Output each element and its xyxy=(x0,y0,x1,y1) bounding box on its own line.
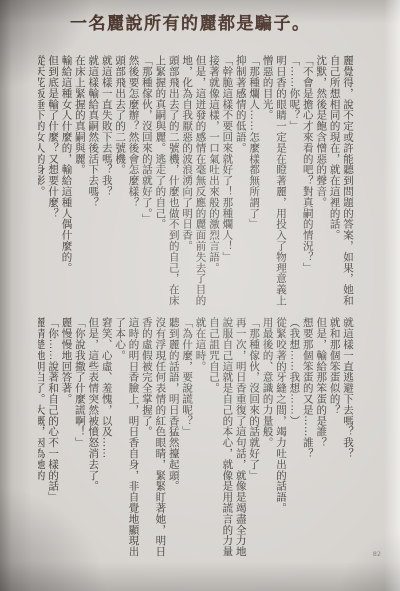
text-column-paragraph: 頭部飛出去了的二號機，什麼也做不到的自己，在床上緊握的真嗣與麗。逃走了的自己。 xyxy=(153,55,180,306)
text-column-paragraph: 輸給這種女人什麼的，輸給這種人偶什麼的。 xyxy=(59,55,72,306)
text-column-paragraph: 這時的明日香臉上，明日香自身，非自覺地顯現出了本心。 xyxy=(113,317,140,560)
text-column-paragraph: 再一次，明日香重復了這句話，就像是竭盡全力地說服自己這就是自己的本心，就像是用謊… xyxy=(207,317,247,560)
text-column-paragraph: 「……你呢？」 xyxy=(287,55,300,306)
text-column-paragraph: 麗慢慢地回答著。 xyxy=(59,317,72,560)
text-column-paragraph: 但是，輸給那笨蛋的是誰？ xyxy=(314,317,327,560)
text-column-paragraph: 從天花板垂下的女人的身影。 xyxy=(38,55,46,306)
top-block: 麗覺得，說不定或許能聽到問題的答案，如果，她和自己所想相同的現在，就在這裡的話。… xyxy=(38,55,354,306)
text-column-paragraph: 麗清楚地明白了。大概，因為她的 xyxy=(38,317,46,560)
text-column-paragraph: 「你說我撒了什麼謊啊！」 xyxy=(72,317,85,560)
text-column-paragraph: 但到底是輸了什麼？又想要什麼？ xyxy=(46,55,59,306)
text-column-paragraph: 「你……說著和自己的心不一樣的話」 xyxy=(46,317,59,560)
text-column-paragraph: 窘笑、心虛、羞愧，以及…… xyxy=(99,317,112,560)
page-number: 82 xyxy=(373,550,381,558)
text-column-paragraph: 在床上緊握的真嗣與麗。 xyxy=(72,55,85,306)
text-column-paragraph: 就在這時。 xyxy=(193,317,206,560)
book-page: 一名麗說所有的麗都是騙子。 麗覺得，說不定或許能聽到問題的答案，如果，她和自己所… xyxy=(0,0,400,591)
text-column-paragraph: 沈默，然後是飽含憎惡的聲音。 xyxy=(314,55,327,306)
text-column-paragraph: 就這樣一直失敗下去嗎？我？ xyxy=(99,55,112,306)
text-column-paragraph: 麗覺得，說不定或許能聽到問題的答案，如果，她和自己所想相同的現在，就在這裡的話。 xyxy=(327,55,354,306)
text-column-paragraph: 想要那個笨蛋的又是……誰？ xyxy=(300,317,313,560)
text-column-paragraph: 接著就像這樣，一口氣吐出來般的激烈言語。 xyxy=(207,55,220,306)
text-column-paragraph: 然後要怎麼辦？然後會怎麼樣？ xyxy=(126,55,139,306)
text-column-paragraph: 「那種爛人……怎麼樣都無所謂了」 xyxy=(247,55,260,306)
text-column-paragraph: 用最後的、意識的力量般。 xyxy=(260,317,273,560)
text-column-paragraph: 沒有浮現任何表情的紅色眼睛，緊緊盯著她，明日香的虛假被完全掌握了。 xyxy=(140,317,167,560)
text-column-paragraph: 就和那個笨蛋似的？ xyxy=(327,317,340,560)
text-column-paragraph: 「不會是擔心才來看的吧？對真嗣的情況？」 xyxy=(300,55,313,306)
text-column-paragraph: （我想……我想……） xyxy=(287,317,300,560)
bottom-block: 就這樣一直逃避下去嗎？我？就和那個笨蛋似的？但是，輸給那笨蛋的是誰？想要那個笨蛋… xyxy=(38,317,354,560)
text-column-paragraph: 明日香的眼睛一定是在瞪著麗，用投入了物理意義上憎惡的目光。 xyxy=(260,55,287,306)
text-column-paragraph: 就這樣一直逃避下去嗎？我？ xyxy=(341,317,354,560)
text-column-paragraph: 從緊咬著的牙縫之間，竭力吐出的話語。 xyxy=(274,317,287,560)
text-column-paragraph: 「那種傢伙，沒回來的話就好了。」 xyxy=(140,55,153,306)
text-column-paragraph: 頭部飛出去了的二號機。 xyxy=(113,55,126,306)
page-title: 一名麗說所有的麗都是騙子。 xyxy=(70,9,311,34)
text-column-paragraph: 但是，這迸發的感情在毫無反應的麗面前失去了目的地，化為自我厭惡的波浪湧向了明日香… xyxy=(180,55,207,306)
text-column-paragraph: 聽到麗的話語，明日香猛然擡起頭。 xyxy=(166,317,179,560)
text-column-paragraph: 「為什麼，要說謊呢？」 xyxy=(180,317,193,560)
text-column-paragraph: 就這樣輸給真嗣然後活下去嗎？ xyxy=(86,55,99,306)
text-column-paragraph: 但是，這些表情突然被憤怒消去了。 xyxy=(86,317,99,560)
text-column-paragraph: 抑制著感情的低語。 xyxy=(233,55,246,306)
text-column-paragraph: 「幹脆這樣不要回來就好了！那種爛人！」 xyxy=(220,55,233,306)
text-column-paragraph: 「那種傢伙，沒回來的話就好了」 xyxy=(247,317,260,560)
